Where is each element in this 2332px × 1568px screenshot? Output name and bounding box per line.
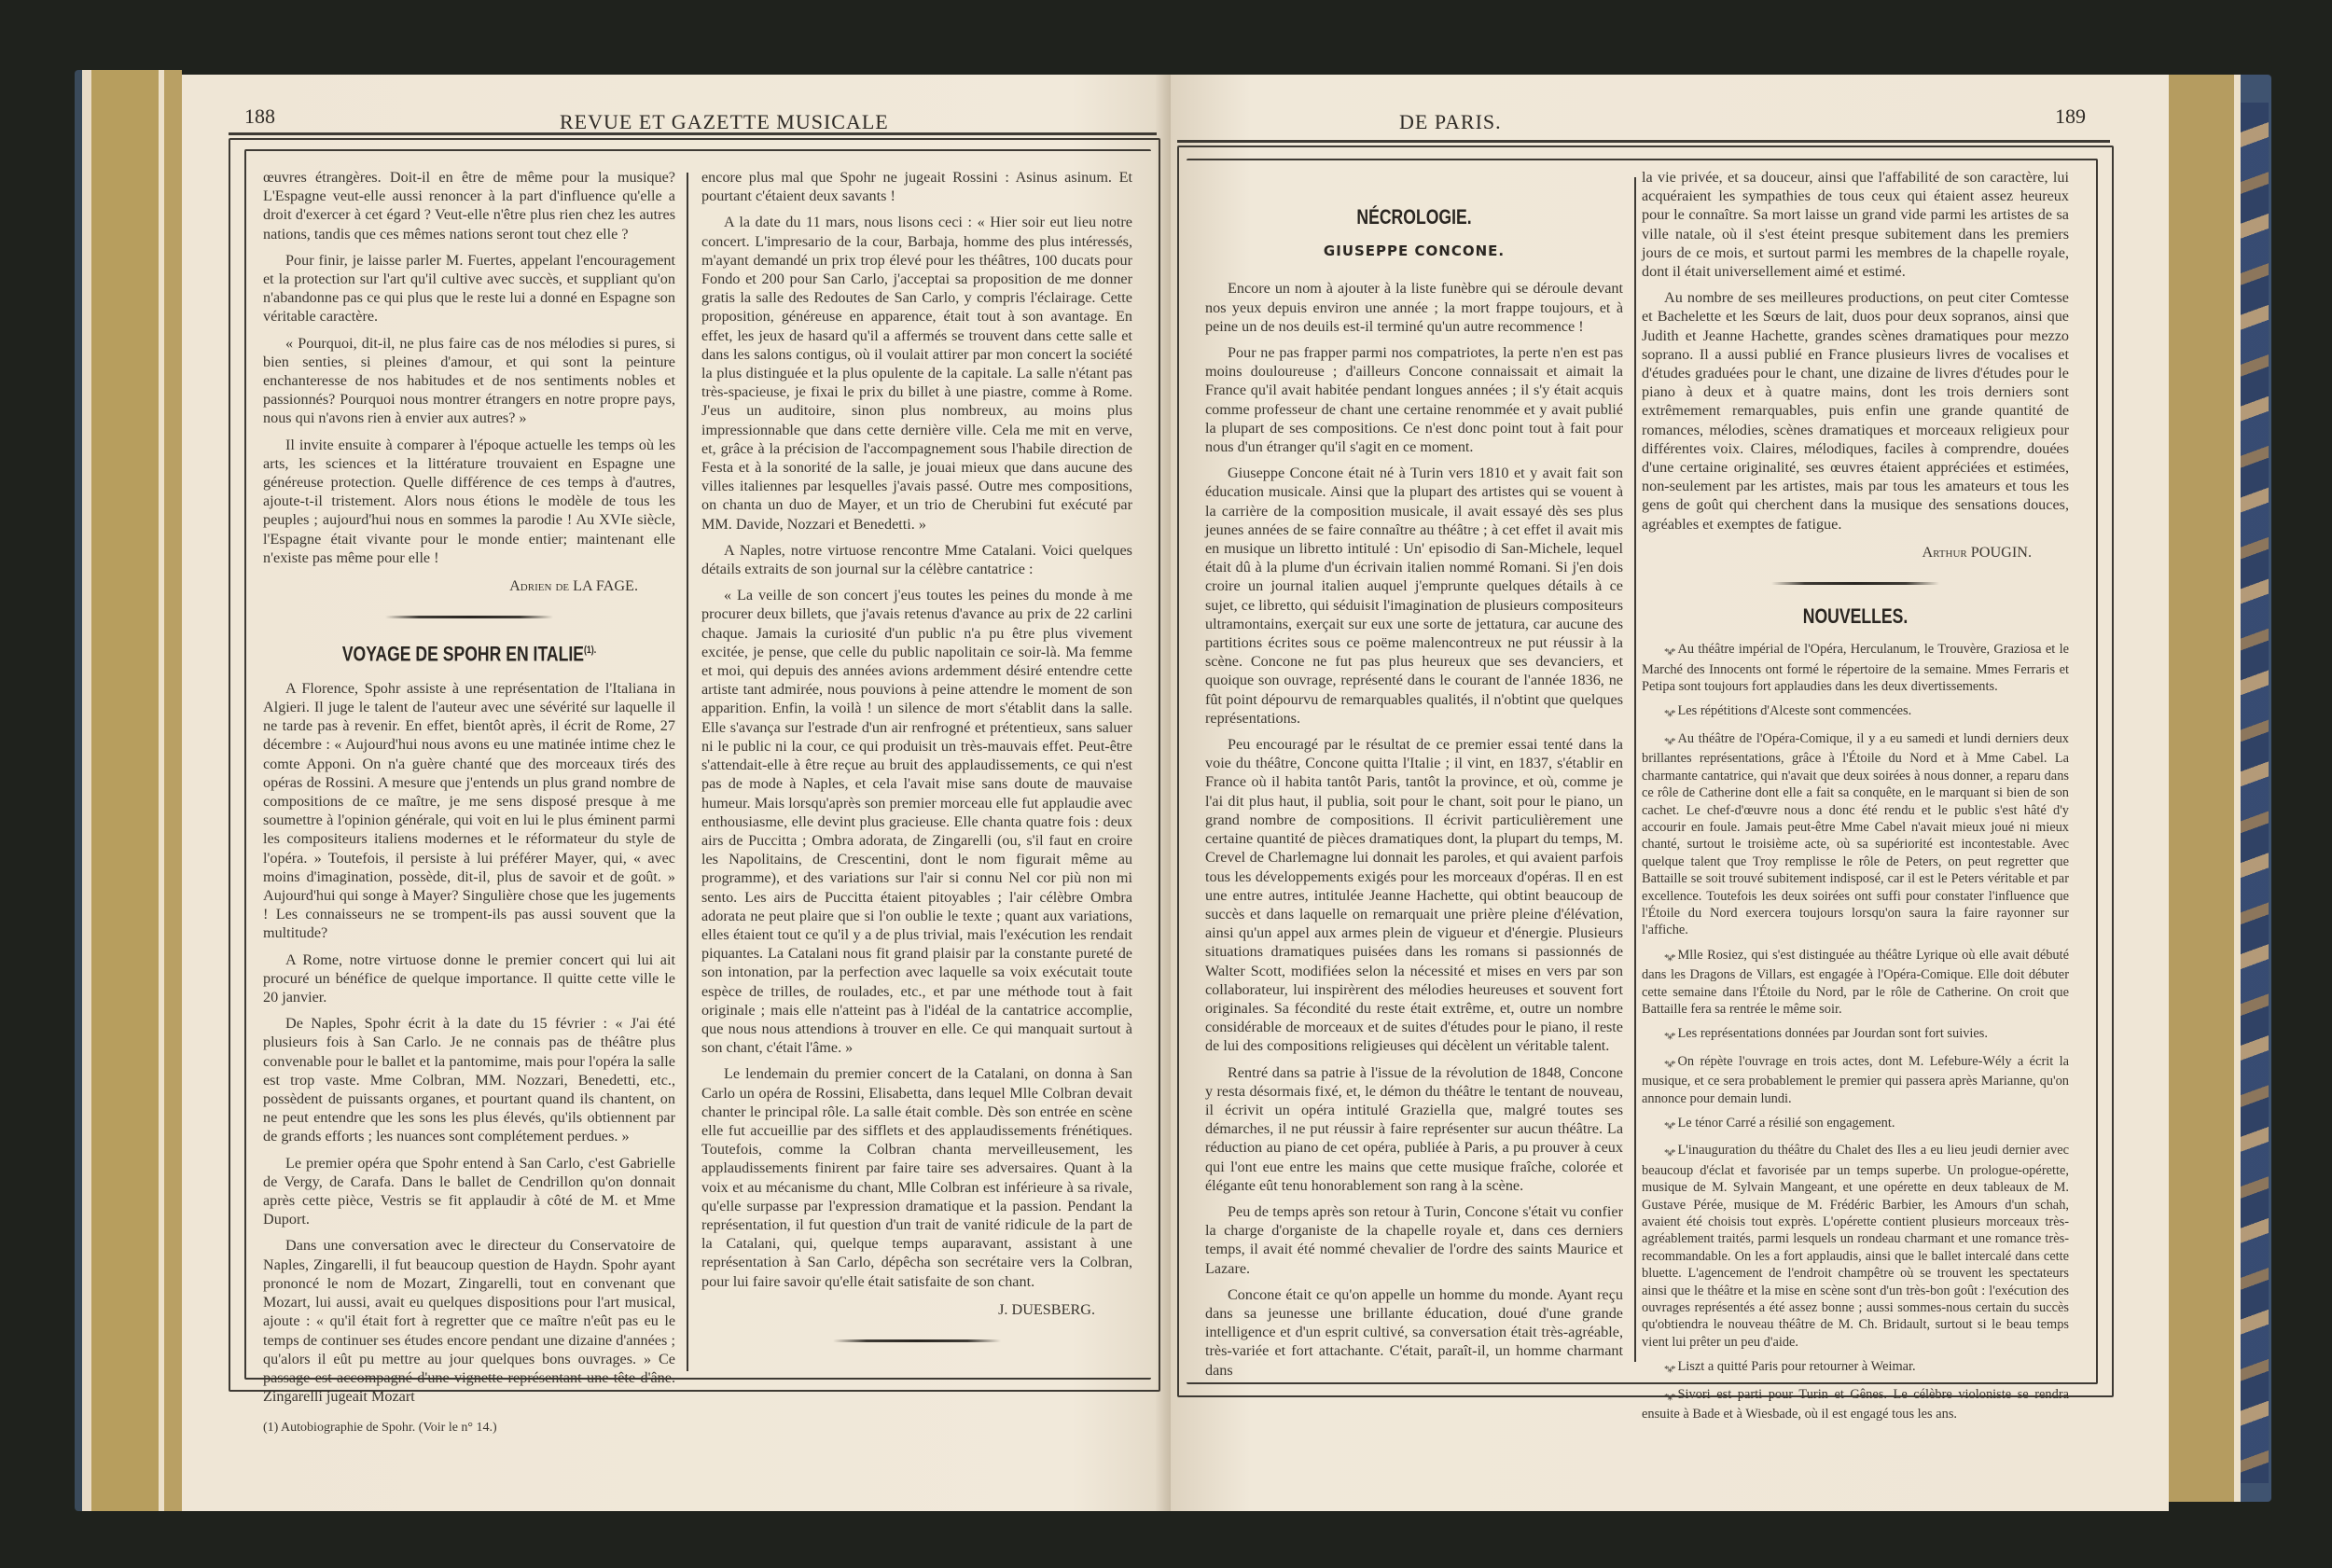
asterism-icon: *⁎* bbox=[1664, 1147, 1674, 1159]
paragraph: A Florence, Spohr assiste à une représen… bbox=[263, 679, 675, 943]
paragraph: Giuseppe Concone était né à Turin vers 1… bbox=[1205, 464, 1623, 728]
paragraph: A Naples, notre virtuose rencontre Mme C… bbox=[701, 541, 1132, 578]
running-head-right: DE PARIS. bbox=[1399, 110, 1502, 134]
marbled-cover-edge bbox=[2241, 103, 2269, 1483]
asterism-icon: *⁎* bbox=[1664, 736, 1674, 747]
ornament-divider bbox=[1771, 582, 1939, 585]
paragraph: Pour ne pas frapper parmi nos compatriot… bbox=[1205, 343, 1623, 456]
signature-duesberg: J. DUESBERG. bbox=[701, 1300, 1095, 1319]
asterism-icon: *⁎* bbox=[1664, 1120, 1674, 1131]
footnote: (1) Autobiographie de Spohr. (Voir le n°… bbox=[263, 1419, 675, 1437]
right-column-2: la vie privée, et sa douceur, ainsi que … bbox=[1642, 168, 2069, 1431]
asterism-icon: *⁎* bbox=[1664, 1031, 1674, 1042]
paragraph: « Pourquoi, dit-il, ne plus faire cas de… bbox=[263, 334, 675, 428]
paragraph: Dans une conversation avec le directeur … bbox=[263, 1236, 675, 1406]
paragraph: Peu de temps après son retour à Turin, C… bbox=[1205, 1202, 1623, 1278]
article-title-spohr: VOYAGE DE SPOHR EN ITALIE(1). bbox=[304, 641, 634, 664]
signature-la-fage: Adrien de LA FAGE. bbox=[263, 576, 638, 595]
running-head-left: REVUE ET GAZETTE MUSICALE bbox=[560, 110, 889, 134]
news-item: *⁎*L'inauguration du théâtre du Chalet d… bbox=[1642, 1142, 2069, 1351]
news-item: *⁎*Les représentations données par Jourd… bbox=[1642, 1025, 2069, 1045]
paragraph: Encore un nom à ajouter à la liste funèb… bbox=[1205, 279, 1623, 336]
paragraph: Au nombre de ses meilleures productions,… bbox=[1642, 288, 2069, 534]
paragraph: Il invite ensuite à comparer à l'époque … bbox=[263, 436, 675, 567]
asterism-icon: *⁎* bbox=[1664, 708, 1674, 719]
paragraph: « La veille de son concert j'eus toutes … bbox=[701, 586, 1132, 1057]
ornament-divider bbox=[833, 1339, 1001, 1342]
page-number-right: 189 bbox=[2055, 104, 2086, 129]
asterism-icon: *⁎* bbox=[1664, 1364, 1674, 1375]
right-column-1: NÉCROLOGIE. GIUSEPPE CONCONE. Encore un … bbox=[1205, 191, 1623, 1387]
news-item: *⁎*Liszt a quitté Paris pour retourner à… bbox=[1642, 1358, 2069, 1378]
paragraph: œuvres étrangères. Doit-il en être de mê… bbox=[263, 168, 675, 243]
frame-rule-top bbox=[1177, 140, 2110, 143]
paragraph: A Rome, notre virtuose donne le premier … bbox=[263, 951, 675, 1007]
asterism-icon: *⁎* bbox=[1664, 646, 1674, 658]
ornament-divider bbox=[385, 616, 553, 618]
news-list: *⁎*Au théâtre impérial de l'Opéra, Hercu… bbox=[1642, 641, 2069, 1422]
news-item: *⁎*Les répétitions d'Alceste sont commen… bbox=[1642, 702, 2069, 722]
signature-pougin: Arthur POUGIN. bbox=[1642, 543, 2032, 562]
asterism-icon: *⁎* bbox=[1664, 1392, 1674, 1403]
paragraph: Pour finir, je laisse parler M. Fuertes,… bbox=[263, 251, 675, 326]
section-title-necrologie: NÉCROLOGIE. bbox=[1247, 208, 1581, 227]
news-item: *⁎*Le ténor Carré a résilié son engageme… bbox=[1642, 1115, 2069, 1134]
column-rule-left bbox=[687, 173, 688, 1371]
left-column-1: œuvres étrangères. Doit-il en être de mê… bbox=[263, 168, 675, 1446]
page-edges-left bbox=[75, 70, 182, 1511]
news-item: *⁎*Au théâtre de l'Opéra-Comique, il y a… bbox=[1642, 730, 2069, 939]
paragraph: la vie privée, et sa douceur, ainsi que … bbox=[1642, 168, 2069, 281]
paragraph: De Naples, Spohr écrit à la date du 15 f… bbox=[263, 1014, 675, 1145]
page-number-left: 188 bbox=[244, 104, 275, 129]
section-title-nouvelles: NOUVELLES. bbox=[1685, 607, 2026, 626]
news-item: *⁎*Sivori est parti pour Turin et Gênes.… bbox=[1642, 1386, 2069, 1423]
asterism-icon: *⁎* bbox=[1664, 1059, 1674, 1070]
paragraph: encore plus mal que Spohr ne jugeait Ros… bbox=[701, 168, 1132, 205]
frame-rule-top bbox=[229, 132, 1157, 135]
news-item: *⁎*On répète l'ouvrage en trois actes, d… bbox=[1642, 1053, 2069, 1107]
asterism-icon: *⁎* bbox=[1664, 952, 1674, 964]
left-column-2: encore plus mal que Spohr ne jugeait Ros… bbox=[701, 168, 1132, 1365]
news-item: *⁎*Au théâtre impérial de l'Opéra, Hercu… bbox=[1642, 641, 2069, 695]
column-rule-right bbox=[1634, 177, 1636, 1362]
subtitle-concone: GIUSEPPE CONCONE. bbox=[1205, 242, 1623, 260]
paragraph: Concone était ce qu'on appelle un homme … bbox=[1205, 1285, 1623, 1380]
news-item: *⁎*Mlle Rosiez, qui s'est distinguée au … bbox=[1642, 947, 2069, 1019]
paragraph: A la date du 11 mars, nous lisons ceci :… bbox=[701, 213, 1132, 533]
paragraph: Rentré dans sa patrie à l'issue de la ré… bbox=[1205, 1063, 1623, 1195]
paragraph: Le premier opéra que Spohr entend à San … bbox=[263, 1154, 675, 1229]
paragraph: Le lendemain du premier concert de la Ca… bbox=[701, 1064, 1132, 1290]
paragraph: Peu encouragé par le résultat de ce prem… bbox=[1205, 735, 1623, 1055]
